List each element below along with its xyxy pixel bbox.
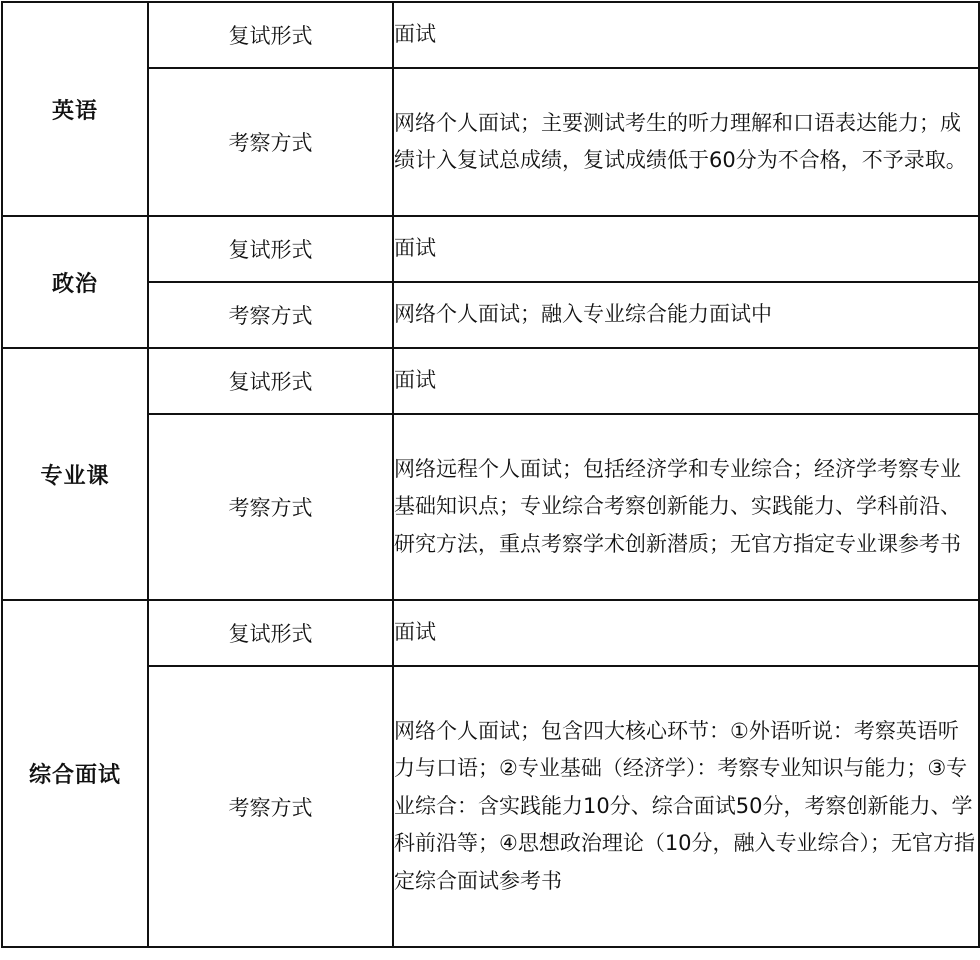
content-cell-format: 面试	[393, 216, 979, 282]
label-cell-format: 复试形式	[148, 216, 393, 282]
label-cell-method: 考察方式	[148, 666, 393, 947]
content-cell-format: 面试	[393, 348, 979, 414]
subject-cell-english: 英语	[2, 2, 148, 216]
table-row: 政治 复试形式 面试	[2, 216, 979, 282]
label-cell-format: 复试形式	[148, 600, 393, 666]
label-cell-method: 考察方式	[148, 414, 393, 600]
content-cell-format: 面试	[393, 600, 979, 666]
retest-requirements-table: 英语 复试形式 面试 考察方式 网络个人面试；主要测试考生的听力理解和口语表达能…	[1, 1, 980, 948]
table-row: 综合面试 复试形式 面试	[2, 600, 979, 666]
table-row: 专业课 复试形式 面试	[2, 348, 979, 414]
label-cell-format: 复试形式	[148, 348, 393, 414]
table-row: 考察方式 网络远程个人面试；包括经济学和专业综合；经济学考察专业基础知识点；专业…	[2, 414, 979, 600]
table-row: 考察方式 网络个人面试；融入专业综合能力面试中	[2, 282, 979, 348]
content-cell-method: 网络个人面试；包含四大核心环节：①外语听说：考察英语听力与口语；②专业基础（经济…	[393, 666, 979, 947]
label-cell-format: 复试形式	[148, 2, 393, 68]
subject-cell-politics: 政治	[2, 216, 148, 348]
subject-cell-comprehensive: 综合面试	[2, 600, 148, 947]
content-cell-method: 网络个人面试；融入专业综合能力面试中	[393, 282, 979, 348]
subject-cell-professional: 专业课	[2, 348, 148, 600]
table-row: 英语 复试形式 面试	[2, 2, 979, 68]
label-cell-method: 考察方式	[148, 68, 393, 216]
content-cell-method: 网络远程个人面试；包括经济学和专业综合；经济学考察专业基础知识点；专业综合考察创…	[393, 414, 979, 600]
content-cell-method: 网络个人面试；主要测试考生的听力理解和口语表达能力；成绩计入复试总成绩，复试成绩…	[393, 68, 979, 216]
table-row: 考察方式 网络个人面试；包含四大核心环节：①外语听说：考察英语听力与口语；②专业…	[2, 666, 979, 947]
label-cell-method: 考察方式	[148, 282, 393, 348]
table-row: 考察方式 网络个人面试；主要测试考生的听力理解和口语表达能力；成绩计入复试总成绩…	[2, 68, 979, 216]
content-cell-format: 面试	[393, 2, 979, 68]
